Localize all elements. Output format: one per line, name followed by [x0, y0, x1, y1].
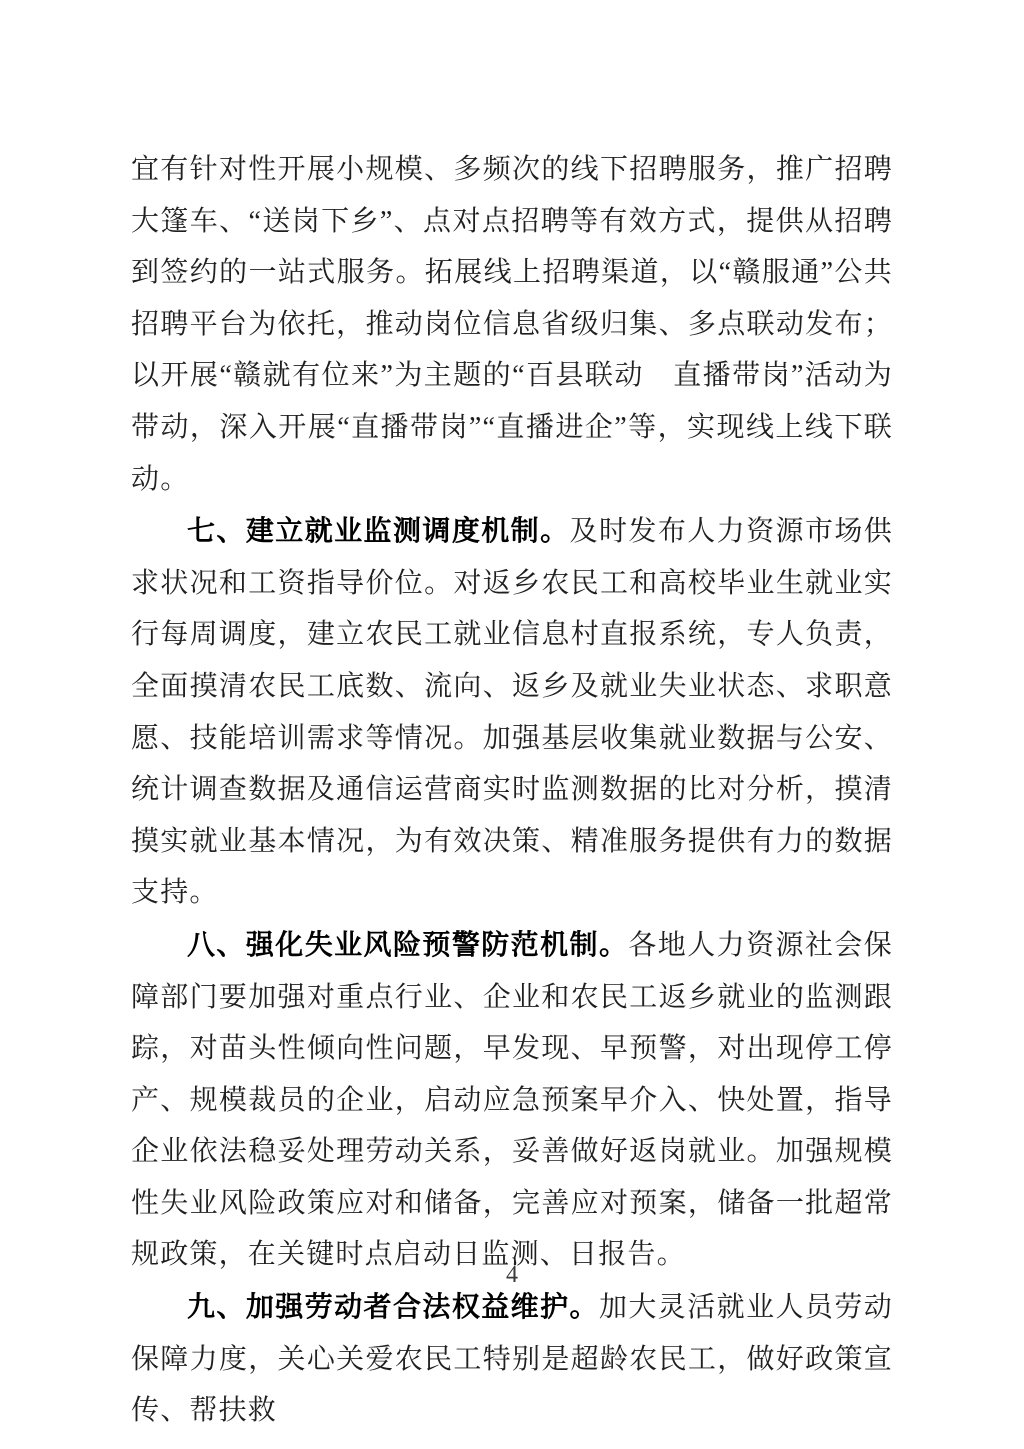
paragraph: 八、强化失业风险预警防范机制。各地人力资源社会保障部门要加强对重点行业、企业和农…: [131, 919, 893, 1281]
paragraph: 宜有针对性开展小规模、多频次的线下招聘服务，推广招聘大篷车、“送岗下乡”、点对点…: [131, 144, 893, 505]
paragraph-text: 宜有针对性开展小规模、多频次的线下招聘服务，推广招聘大篷车、“送岗下乡”、点对点…: [131, 154, 893, 495]
page-footer: 4: [0, 1262, 1024, 1289]
paragraph-heading: 九、加强劳动者合法权益维护。: [187, 1291, 599, 1322]
paragraph: 九、加强劳动者合法权益维护。加大灵活就业人员劳动保障力度，关心关爱农民工特别是超…: [131, 1281, 893, 1437]
paragraph-heading: 七、建立就业监测调度机制。: [187, 515, 570, 546]
document-page: 宜有针对性开展小规模、多频次的线下招聘服务，推广招聘大篷车、“送岗下乡”、点对点…: [0, 0, 1024, 1449]
document-body: 宜有针对性开展小规模、多频次的线下招聘服务，推广招聘大篷车、“送岗下乡”、点对点…: [131, 144, 893, 1437]
page-number: 4: [506, 1262, 518, 1288]
paragraph-heading: 八、强化失业风险预警防范机制。: [187, 929, 628, 960]
paragraph: 七、建立就业监测调度机制。及时发布人力资源市场供求状况和工资指导价位。对返乡农民…: [131, 505, 893, 919]
paragraph-text: 及时发布人力资源市场供求状况和工资指导价位。对返乡农民工和高校毕业生就业实行每周…: [131, 516, 893, 908]
paragraph-text: 各地人力资源社会保障部门要加强对重点行业、企业和农民工返乡就业的监测跟踪，对苗头…: [131, 930, 893, 1271]
